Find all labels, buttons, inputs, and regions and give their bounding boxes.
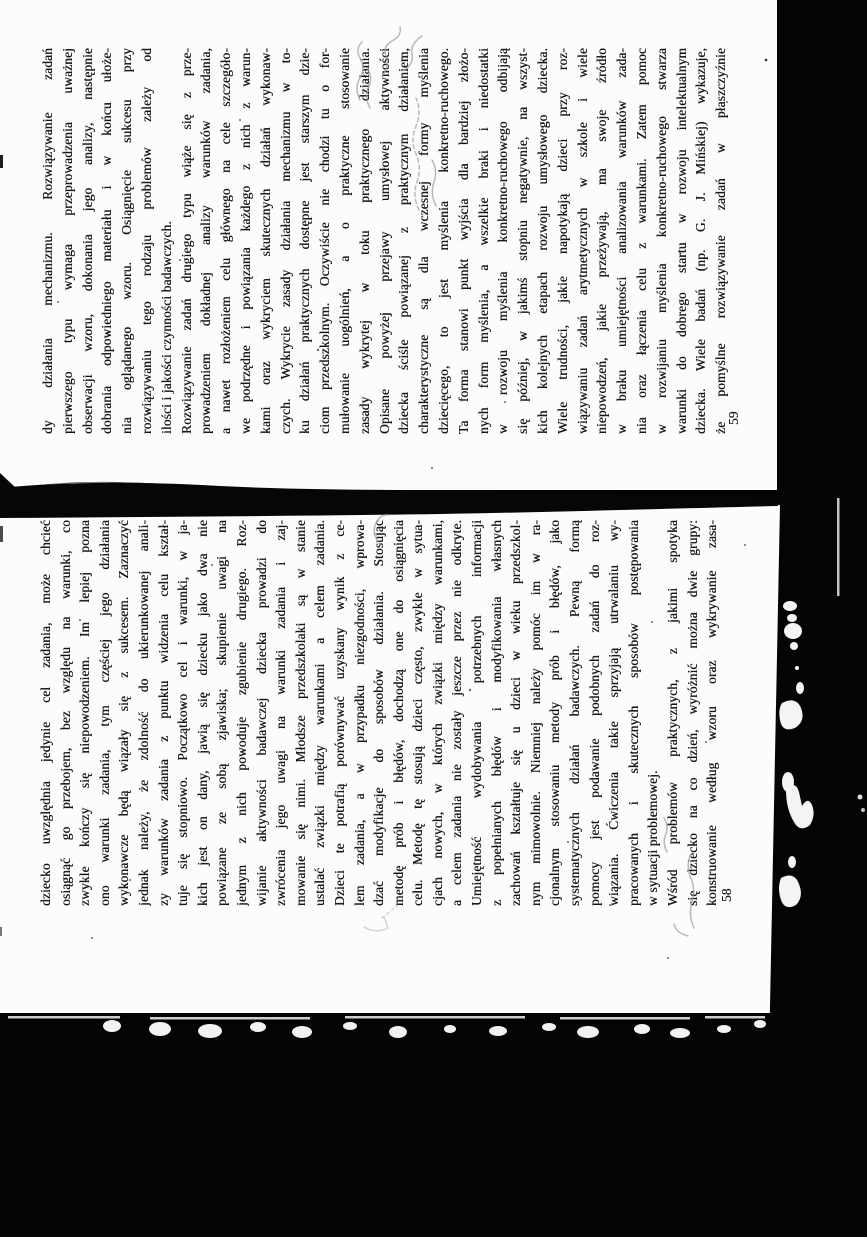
page-number-59: 59 [726,401,742,425]
text-line: w rozwijaniu myślenia konkretno-ruchoweg… [652,48,672,434]
text-line: dziecko uwzględnia jedynie cel zadania, … [36,520,56,906]
text-line: nia oglądanego wzoru. Osiągnięcie sukces… [117,48,137,434]
text-line: prowadzeniem dokładnej analizy warunków … [196,48,216,434]
text-line: wykonawcze będą wiązały się z sukcesem. … [114,520,134,906]
text-line: lem zadania, a w przypadku niezgodności,… [350,520,370,906]
text-line: ono warunki zadania, tym częściej jego d… [95,520,115,906]
text-line: nych form myślenia, a wszelkie braki i n… [474,48,494,434]
text-line: zasady wykrytej w toku praktycznego dzia… [355,48,375,434]
book-scan: dy działania mechanizmu. Rozwiązywanie z… [0,0,867,1237]
text-line: cjach nowych, w których związki między w… [428,520,448,906]
text-line: z popełnianych błędów i modyfikowania wł… [487,520,507,906]
text-line: warunki do dobrego startu w rozwoju inte… [672,48,692,434]
text-line: kich jest on dany, jawią się dziecku jak… [193,520,213,906]
text-line: a nawet rozłożeniem celu głównego na cel… [216,48,236,434]
text-line: mowanie się nimi. Młodsze przedszkolaki … [291,520,311,906]
page-58-text: dziecko uwzględnia jedynie cel zadania, … [36,520,726,906]
text-line: dobrania odpowiedniego materiału i w koń… [97,48,117,434]
text-line: zy warunków zadania z punktu widzenia ce… [154,520,174,906]
text-line: czych. Wykrycie zasady działania mechani… [276,48,296,434]
text-line: metodę prób i błędów, dochodzą one do os… [389,520,409,906]
text-line: nia oraz łączenia celu z warunkami. Zate… [632,48,652,434]
ragged-bottom-edge [8,1016,766,1038]
page-edge-highlights [779,498,865,907]
text-line: mułowanie uogólnień, a o praktyczne stos… [335,48,355,434]
text-line: w rozwoju myślenia konkretno-ruchowego o… [493,48,513,434]
text-line: a celem zadania nie zostały jeszcze prze… [447,520,467,906]
text-line: osiągnąć go przebojem, bez względu na wa… [56,520,76,906]
text-line: Ta forma stanowi punkt wyjścia dla bardz… [454,48,474,434]
text-line: niepowodzeń, jakie przeżywają, ma swoje … [592,48,612,434]
text-line: cjonalnym stosowaniu metody prób i błędó… [545,520,565,906]
text-line: zachowań kształtuje się u dzieci w wieku… [506,520,526,906]
text-line: Wiele trudności, jakie napotykają dzieci… [553,48,573,434]
text-line: dy działania mechanizmu. Rozwiązywanie z… [38,48,58,434]
text-line: Dzieci te potrafią porównywać uzyskany w… [330,520,350,906]
text-line: pracowanych i skutecznych sposobów postę… [624,520,644,906]
text-line: dziecka ściśle powiązanej z praktycznym … [394,48,414,434]
text-line: powiązane ze sobą zjawiska; skupienie uw… [212,520,232,906]
text-line: się później, w jakimś stopniu negatywnie… [513,48,533,434]
text-line: zwrócenia jego uwagi na warunki zadania … [271,520,291,906]
text-line: dziecka. Wiele badań (np. G. J. Mińskiej… [691,48,711,434]
text-line: się dziecko na co dzień, wyróżnić można … [683,520,703,906]
text-line: w sytuacji problemowej. [643,520,663,906]
text-line: ciom przedszkolnym. Oczywiście nie chodz… [315,48,335,434]
text-line: dziecięcego, to jest myślenia konkretno-… [434,48,454,434]
text-line: celu. Metodę tę stosują dzieci często, z… [408,520,428,906]
text-line: wijanie aktywności badawczej dziecka pro… [252,520,272,906]
text-line: Rozwiązywanie zadań drugiego typu wiąże … [177,48,197,434]
text-line: dzać modyfikacje do sposobów działania. … [369,520,389,906]
text-line: ustalać związki między warunkami a celem… [310,520,330,906]
text-line: Wśród problemów praktycznych, z jakimi s… [663,520,683,906]
text-line: rozwiązywaniu tego rodzaju problemów zal… [137,48,157,434]
text-line: we podrzędne i powiązania każdego z nich… [236,48,256,434]
text-line: obserwacji wzoru, dokonania jego analizy… [78,48,98,434]
text-line: zwykle kończy się niepowodzeniem. Im lep… [75,520,95,906]
text-line: pomocy jest podawanie podobnych zadań do… [585,520,605,906]
text-line: Umiejętność wydobywania potrzebnych info… [467,520,487,906]
text-line: wiązywaniu zadań arytmetycznych w szkole… [573,48,593,434]
text-line: Opisane powyżej przejawy umysłowej aktyw… [375,48,395,434]
text-line: ilości i jakości czynności badawczych. [157,48,177,434]
text-line: wiązania. Ćwiczenia takie sprzyjają utrw… [604,520,624,906]
text-line: charakterystyczne są dla wczesnej formy … [414,48,434,434]
text-line: jednak należy, że zdolność do ukierunkow… [134,520,154,906]
text-line: pierwszego typu wymaga przeprowadzenia u… [58,48,78,434]
page-number-58: 58 [719,878,735,902]
text-line: tuje się stopniowo. Początkowo cel i war… [173,520,193,906]
text-line: nym mimowolnie. Niemniej należy pomóc im… [526,520,546,906]
text-line: w braku umiejętności analizowania warunk… [612,48,632,434]
text-line: ku działań praktycznych dostępne jest st… [295,48,315,434]
text-line: kami oraz wykryciem skutecznych działań … [256,48,276,434]
text-line: systematycznych działań badawczych. Pewn… [565,520,585,906]
text-line: kich kolejnych etapach rozwoju umysłoweg… [533,48,553,434]
text-line: jednym z nich powoduje zgubienie drugieg… [232,520,252,906]
text-line: konstruowanie według wzoru oraz wykrywan… [702,520,722,906]
page-59-text: dy działania mechanizmu. Rozwiązywanie z… [38,48,734,434]
text-line: że pomyślne rozwiązywanie zadań w płaszc… [711,48,731,434]
